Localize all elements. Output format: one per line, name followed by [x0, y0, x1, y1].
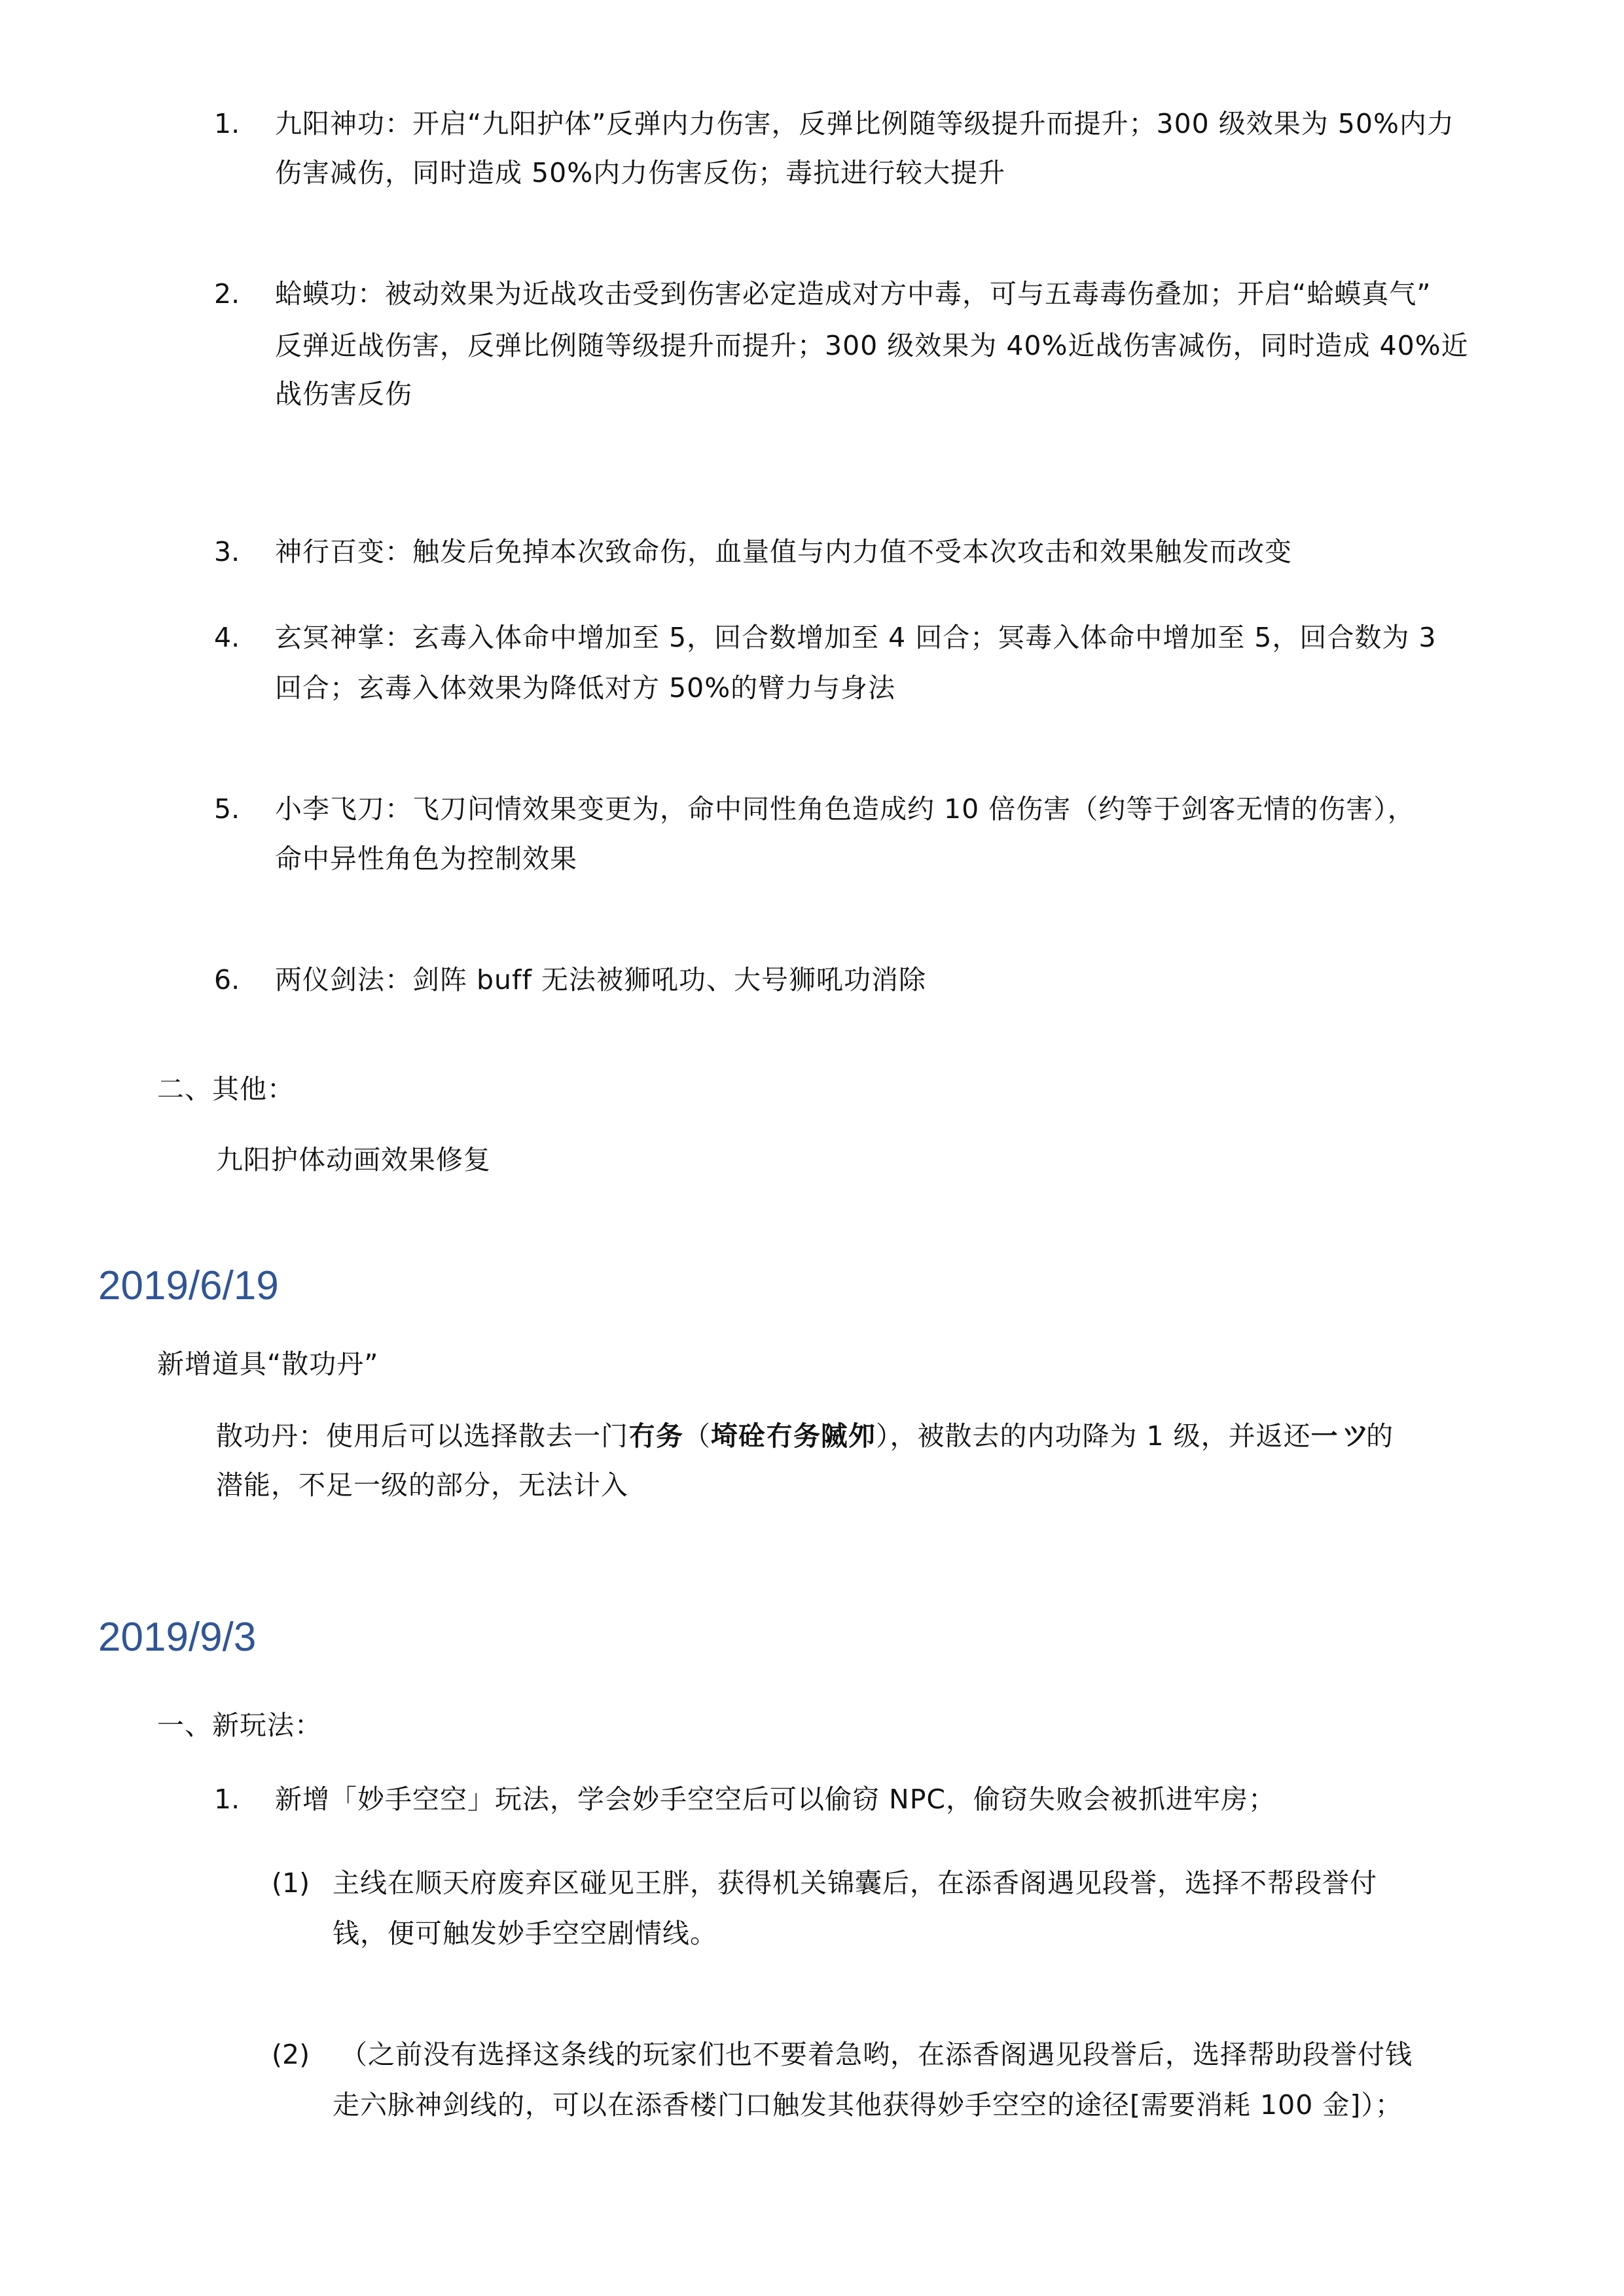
section-heading-other: 二、其他：: [157, 1073, 295, 1105]
sublist-item-text: 钱，便可触发妙手空空剧情线。: [333, 1917, 717, 1950]
desc-mid: ），被散去的内功降为 1 级，并返还: [876, 1420, 1311, 1452]
desc-prefix: 散功丹：使用后可以选择散去一门: [216, 1420, 628, 1452]
list-number: 5.: [214, 793, 240, 825]
desc-end: 的: [1366, 1420, 1394, 1452]
document-page: 1. 九阳神功：开启“九阳护体”反弹内力伤害，反弹比例随等级提升而提升；300 …: [0, 0, 1624, 2296]
other-text: 九阳护体动画效果修复: [216, 1143, 491, 1176]
list-number: 1.: [214, 107, 240, 140]
desc-bold-garbled-1: 冇务: [628, 1420, 683, 1452]
list-number: 4.: [214, 621, 240, 654]
list-item-text: 回合；玄毒入体效果为降低对方 50%的臂力与身法: [275, 672, 895, 704]
list-item-text: 两仪剑法：剑阵 buff 无法被狮吼功、大号狮吼功消除: [275, 963, 926, 996]
desc-paren: （: [683, 1420, 711, 1452]
list-item-text: 玄冥神掌：玄毒入体命中增加至 5，回合数增加至 4 回合；冥毒入体命中增加至 5…: [275, 621, 1437, 654]
sublist-item-text: 走六脉神剑线的，可以在添香楼门口触发其他获得妙手空空的途径[需要消耗 100 金…: [333, 2089, 1403, 2121]
date-heading-2019-9-3: 2019/9/3: [98, 1615, 256, 1660]
item-description-line2: 潜能，不足一级的部分，无法计入: [216, 1469, 628, 1501]
sublist-item-text: （之前没有选择这条线的玩家们也不要着急哟，在添香阁遇见段誉后，选择帮助段誉付钱: [340, 2038, 1413, 2071]
sublist-item-text: 主线在顺天府废弃区碰见王胖，获得机关锦囊后，在添香阁遇见段誉，选择不帮段誉付: [333, 1867, 1377, 1899]
list-item-text: 九阳神功：开启“九阳护体”反弹内力伤害，反弹比例随等级提升而提升；300 级效果…: [275, 107, 1454, 140]
section-heading-new-gameplay: 一、新玩法：: [157, 1709, 322, 1742]
list-item-text: 新增「妙手空空」玩法，学会妙手空空后可以偷窃 NPC，偷窃失败会被抓进牢房；: [275, 1783, 1276, 1816]
list-item-text: 反弹近战伤害，反弹比例随等级提升而提升；300 级效果为 40%近战伤害减伤，同…: [275, 329, 1469, 362]
list-item-text: 命中异性角色为控制效果: [275, 842, 577, 875]
list-item-text: 战伤害反伤: [275, 378, 412, 410]
list-item-text: 小李飞刀：飞刀问情效果变更为，命中同性角色造成约 10 倍伤害（约等于剑客无情的…: [275, 793, 1415, 825]
list-number: 1.: [214, 1783, 240, 1816]
item-description: 散功丹：使用后可以选择散去一门冇务（埼硂冇务隇夘），被散去的内功降为 1 级，并…: [216, 1420, 1394, 1452]
desc-bold-garbled-2: 埼硂冇务隇夘: [711, 1420, 876, 1452]
desc-garbled-glyphs: 一 ツ: [1311, 1420, 1366, 1452]
sublist-number: (2): [272, 2038, 310, 2071]
sublist-number: (1): [272, 1867, 310, 1899]
list-number: 6.: [214, 963, 240, 996]
list-number: 3.: [214, 535, 240, 568]
list-item-text: 蛤蟆功：被动效果为近战攻击受到伤害必定造成对方中毒，可与五毒毒伤叠加；开启“蛤蟆…: [275, 278, 1431, 310]
date-heading-2019-6-19: 2019/6/19: [98, 1263, 279, 1309]
list-item-text: 伤害减伤，同时造成 50%内力伤害反伤；毒抗进行较大提升: [275, 156, 1005, 189]
list-item-text: 神行百变：触发后免掉本次致命伤，血量值与内力值不受本次攻击和效果触发而改变: [275, 535, 1292, 568]
list-number: 2.: [214, 278, 240, 310]
update-intro: 新增道具“散功丹”: [157, 1348, 378, 1380]
